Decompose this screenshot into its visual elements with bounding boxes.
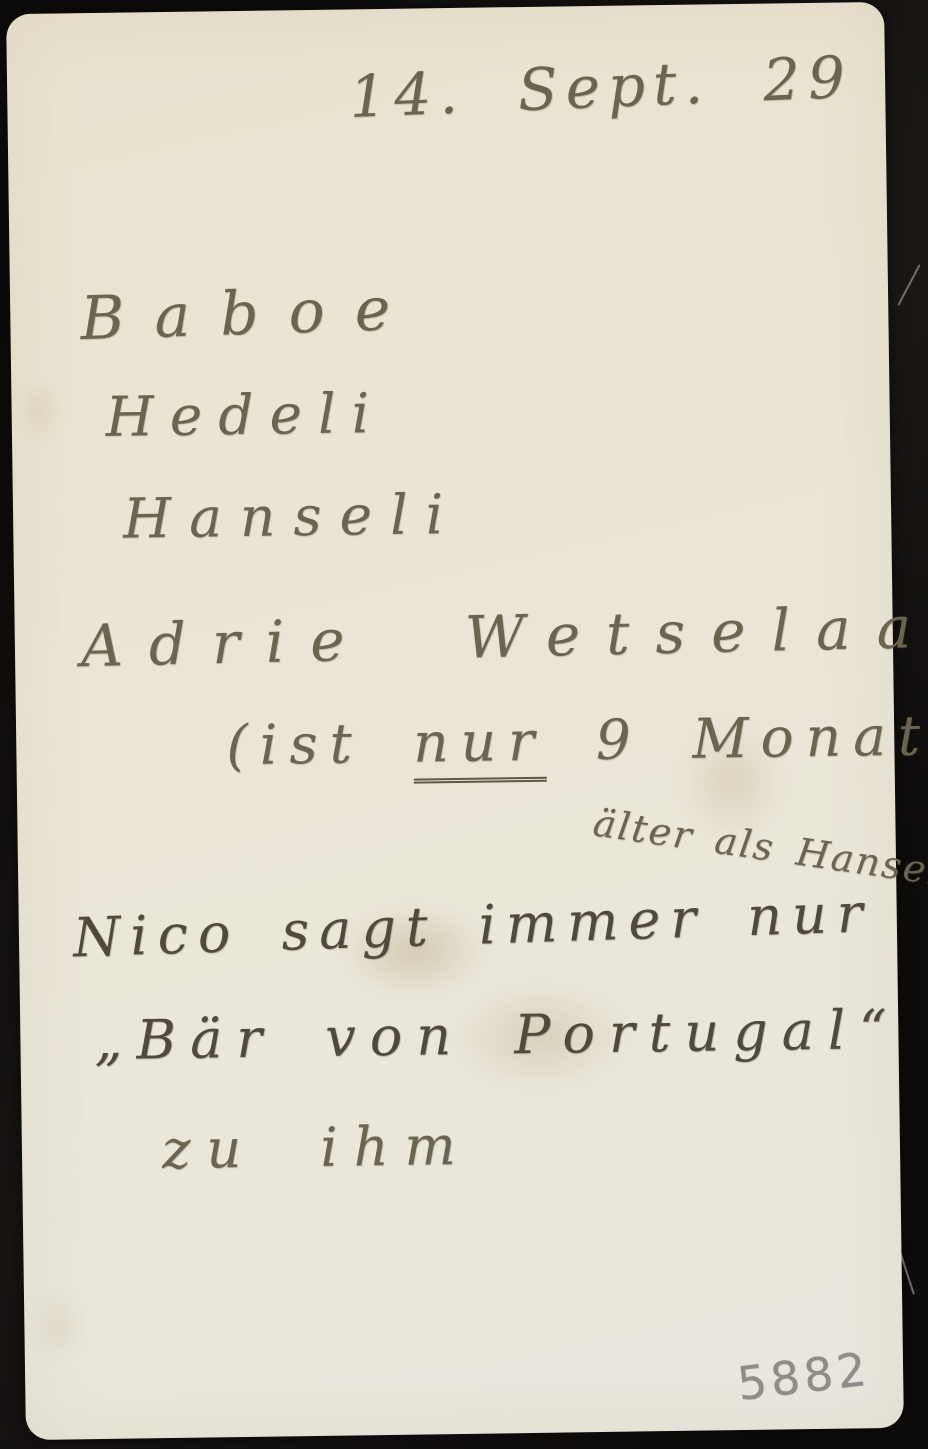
date-line: 14. Sept. 29: [348, 46, 854, 130]
sentence-line-zu-ihm: zu ihm: [162, 1116, 472, 1180]
age-remark-prefix: (ist: [226, 711, 414, 778]
name-line-hedeli: Hedeli: [105, 383, 385, 447]
name-line-hanseli: Hanseli: [123, 484, 462, 549]
age-remark-suffix: 9 Monate: [546, 703, 928, 773]
name-line-baboe: Baboe: [79, 275, 421, 352]
handwritten-card: 14. Sept. 29 Baboe Hedeli Hanseli Adrie …: [6, 2, 904, 1440]
paper-stain: [17, 378, 63, 444]
penciled-catalog-number: 5882: [735, 1343, 873, 1409]
dust-fiber: [897, 264, 920, 306]
photo-background: 14. Sept. 29 Baboe Hedeli Hanseli Adrie …: [0, 0, 928, 1449]
sentence-line-nico: Nico sagt immer nur: [72, 883, 873, 967]
paper-stain: [30, 1288, 86, 1364]
name-line-adrie-wetselaar: Adrie Wetselaar: [80, 595, 928, 679]
age-remark-insert-line: älter als Hanseli: [590, 802, 928, 896]
age-remark-line: (ist nur 9 Monate: [226, 705, 928, 776]
sentence-line-baer-von-portugal: „Bär von Portugal“: [94, 1000, 901, 1071]
underlined-word-nur: nur: [413, 709, 547, 784]
